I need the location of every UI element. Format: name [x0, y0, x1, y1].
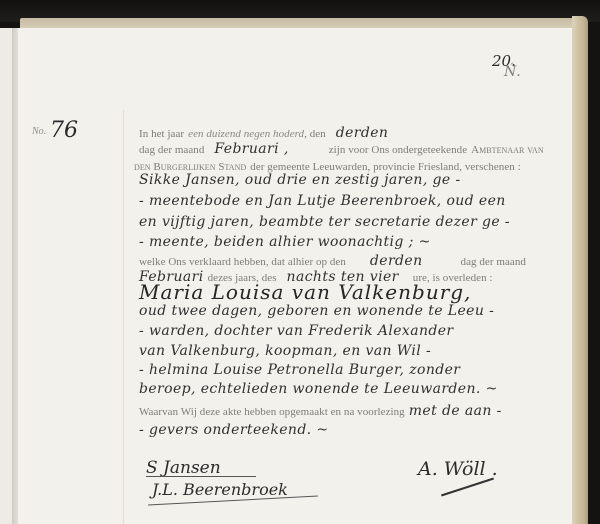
printed-text: , den — [304, 128, 326, 140]
witness-line: Sikke Jansen, oud drie en zestig jaren, … — [139, 172, 461, 188]
witness-line: - meente, beiden alhier woonachtig ; ~ — [139, 234, 431, 250]
printed-text: welke Ons verklaard hebben, dat alhier o… — [139, 256, 346, 268]
printed-official: Ambtenaar van — [471, 144, 544, 156]
page-stack-edge — [572, 16, 588, 524]
witness-line: en vijftig jaren, beambte ter secretarie… — [139, 214, 510, 230]
printed-text: In het jaar — [139, 128, 184, 140]
line-month: dag der maand Februari , zijn voor Ons o… — [139, 140, 544, 158]
details-line: van Valkenburg, koopman, en van Wil - — [139, 343, 431, 359]
printed-text: Waarvan Wij deze akte hebben opgemaakt e… — [139, 406, 405, 418]
page-number-flourish: Ń. — [504, 64, 521, 80]
akte-number: 76 — [50, 118, 78, 143]
signature-witness-2: J.L. Beerenbroek — [152, 480, 288, 499]
handwritten-closing: met de aan - — [409, 403, 502, 419]
handwritten-day: derden — [370, 253, 423, 269]
akte-number-label: No. — [32, 126, 46, 137]
deceased-name: Maria Louisa van Valkenburg, — [139, 280, 471, 304]
printed-text: dag der maand — [139, 144, 204, 156]
signature-witness-1: S Jansen — [146, 458, 221, 478]
printed-text: zijn voor Ons ondergeteekende — [329, 144, 467, 156]
details-line: - helmina Louise Petronella Burger, zond… — [139, 362, 460, 378]
details-line: oud twee dagen, geboren en wonende te Le… — [139, 303, 494, 319]
signature-underline — [146, 476, 256, 477]
closing-line: Waarvan Wij deze akte hebben opgemaakt e… — [139, 402, 502, 420]
signature-registrar: A. Wöll . — [418, 458, 498, 480]
closing-line-2: - gevers onderteekend. ~ — [139, 422, 329, 438]
margin-rule — [123, 110, 124, 524]
printed-text: dag der maand — [461, 256, 526, 268]
handwritten-day: derden — [336, 125, 389, 141]
witness-line: - meentebode en Jan Lutje Beerenbroek, o… — [139, 193, 506, 209]
handwritten-month: Februari , — [214, 141, 288, 157]
details-line: - warden, dochter van Frederik Alexander — [139, 323, 454, 339]
details-line: beroep, echtelieden wonende te Leeuwarde… — [139, 381, 498, 397]
printed-year: een duizend negen hoderd — [188, 128, 304, 140]
